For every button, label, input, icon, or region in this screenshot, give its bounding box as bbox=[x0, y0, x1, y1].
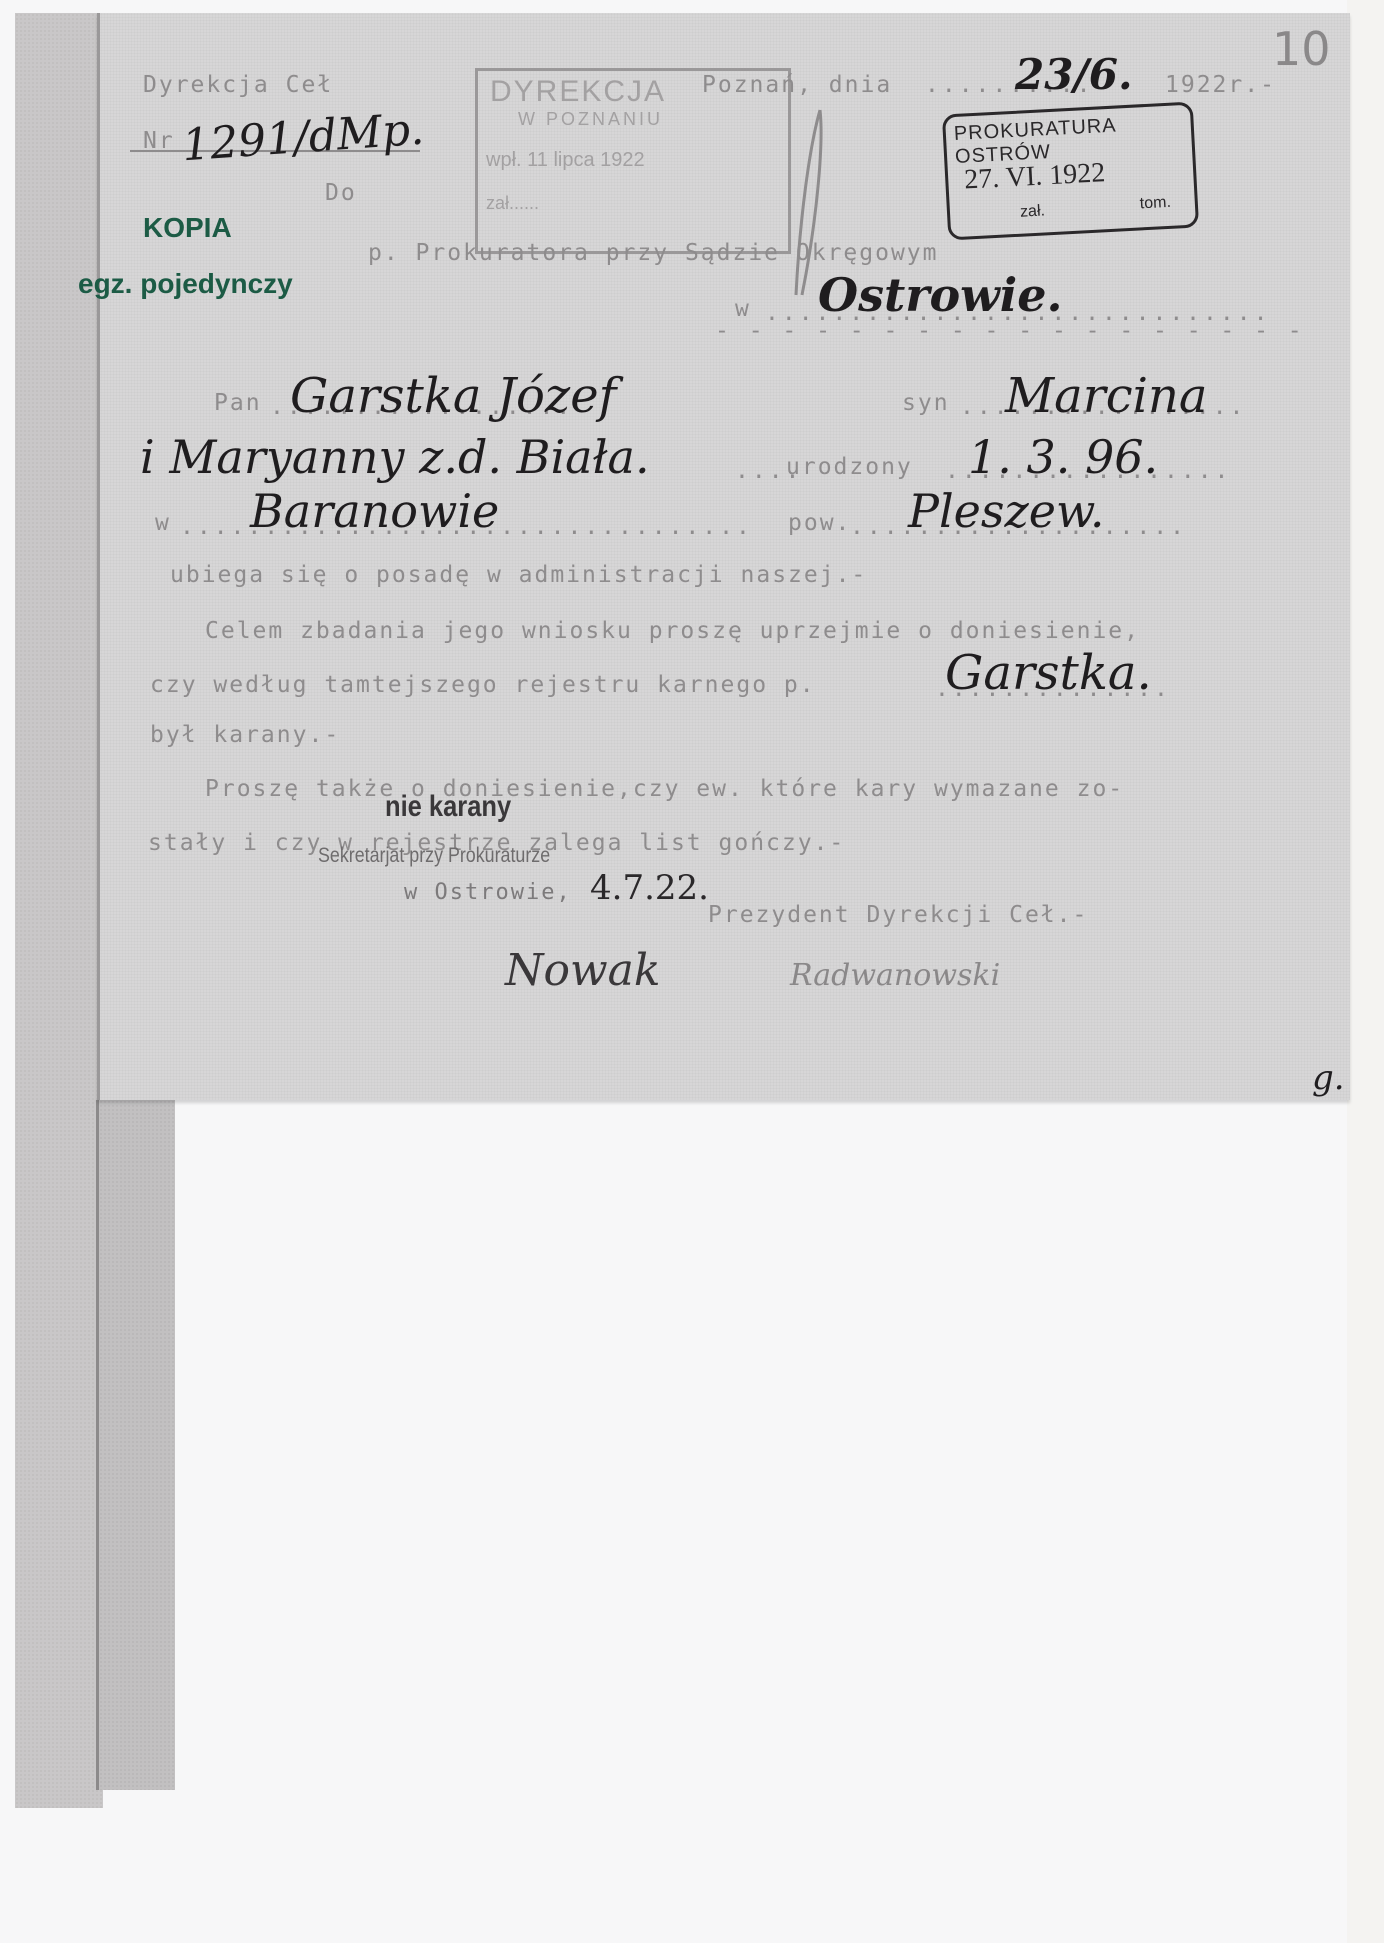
body-line-5: Proszę także o doniesienie,czy ew. które… bbox=[205, 776, 1124, 802]
incoming-stamp-title: DYREKCJA bbox=[490, 75, 666, 109]
county-handwritten: Pleszew. bbox=[908, 484, 1105, 538]
to-label: Do bbox=[325, 180, 357, 206]
birthplace-handwritten: Baranowie bbox=[250, 484, 499, 538]
margin-mark: g. bbox=[1312, 1058, 1345, 1098]
prokuratura-stamp-attachments: zał. bbox=[1020, 202, 1046, 221]
syn-label: syn bbox=[902, 390, 950, 416]
signature-2: Radwanowski bbox=[790, 958, 1000, 993]
mount-paper-tab bbox=[96, 1100, 175, 1790]
prokuratura-stamp: PROKURATURA OSTRÓW 27. VI. 1922 zał. tom… bbox=[942, 102, 1199, 241]
pan-label: Pan bbox=[214, 390, 262, 416]
addressee-line: p. Prokuratora przy Sądzie Okręgowym bbox=[368, 240, 939, 266]
response-place: w Ostrowie, bbox=[404, 880, 572, 905]
pow-label: pow. bbox=[788, 510, 851, 536]
name-repeat-handwritten: Garstka. bbox=[945, 645, 1152, 701]
signatory-title: Prezydent Dyrekcji Ceł.- bbox=[708, 902, 1088, 928]
separator-dashes: - - - - - - - - - - - - - - - - - - bbox=[715, 318, 1305, 344]
date-handwritten: 23/6. bbox=[1015, 50, 1133, 99]
scan-background-band bbox=[1347, 0, 1384, 1943]
birth-date-handwritten: 1. 3. 96. bbox=[968, 430, 1158, 484]
response-date-handwritten: 4.7.22. bbox=[590, 868, 709, 908]
urodzony-label: urodzony bbox=[786, 454, 913, 480]
city-handwritten: Ostrowie. bbox=[818, 268, 1063, 322]
w-label: w bbox=[155, 510, 171, 536]
incoming-stamp-subtitle: W POZNANIU bbox=[518, 109, 663, 130]
prokuratura-stamp-volume: tom. bbox=[1139, 194, 1171, 214]
incoming-stamp-received: wpł. 11 lipca 1922 bbox=[486, 149, 645, 172]
body-line-4: był karany.- bbox=[150, 722, 340, 748]
prokuratura-stamp-date: 27. VI. 1922 bbox=[964, 157, 1107, 196]
father-handwritten: Marcina bbox=[1005, 368, 1207, 424]
body-line-3: czy według tamtejszego rejestru karnego … bbox=[150, 672, 816, 698]
office-stamp: Sekretarjat przy Prokuraturze bbox=[318, 844, 550, 868]
body-line-2: Celem zbadania jego wniosku proszę uprze… bbox=[205, 618, 1140, 644]
place-date-label: Poznań, dnia bbox=[702, 72, 892, 98]
copy-stamp-title: KOPIA bbox=[143, 212, 232, 244]
body-line-1: ubiega się o posadę w administracji nasz… bbox=[170, 562, 867, 588]
mother-handwritten: i Maryanny z.d. Biała. bbox=[140, 430, 650, 484]
incoming-stamp-attachments: zał...... bbox=[486, 193, 539, 214]
verdict-stamp: nie karany bbox=[385, 790, 511, 824]
sender-label: Dyrekcja Ceł bbox=[143, 72, 333, 98]
page-number: 10 bbox=[1272, 22, 1331, 76]
name-handwritten: Garstka Józef bbox=[290, 368, 616, 424]
year-label: 1922r.- bbox=[1165, 72, 1276, 98]
signature-1: Nowak bbox=[505, 945, 661, 996]
copy-stamp-subtitle: egz. pojedynczy bbox=[78, 268, 293, 300]
